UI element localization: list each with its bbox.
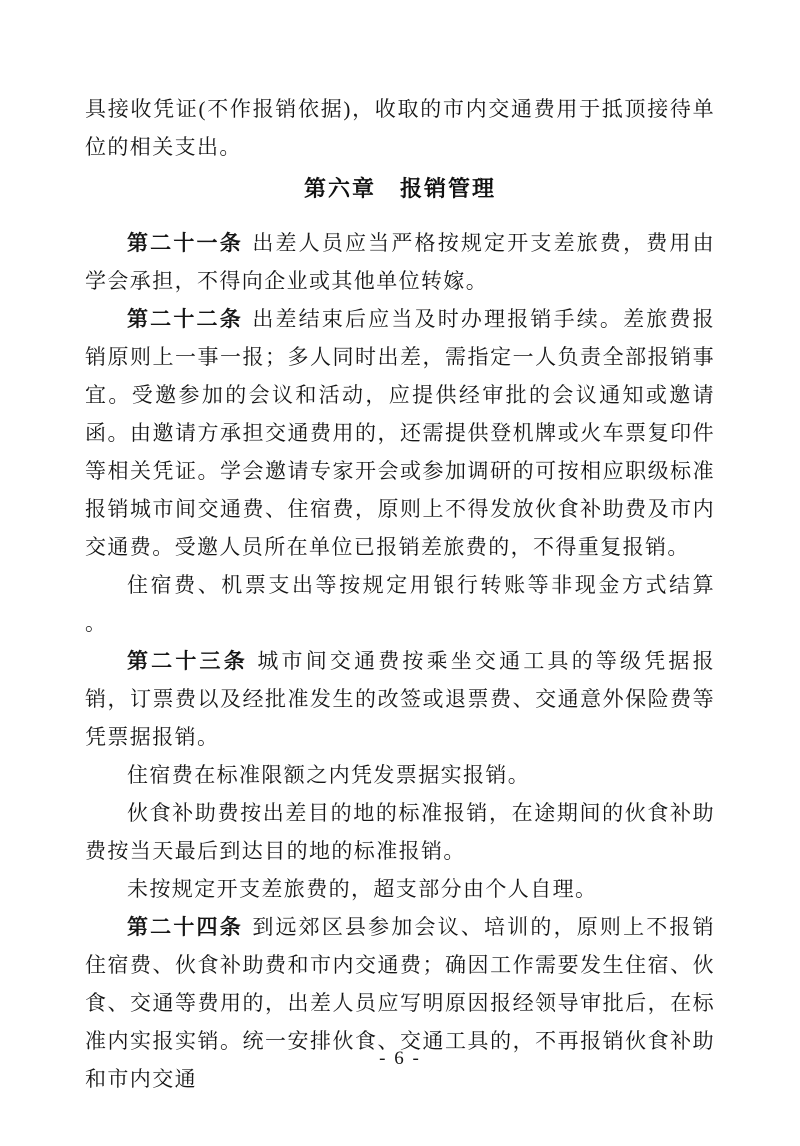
paragraph-article-21: 第二十一条出差人员应当严格按规定开支差旅费，费用由学会承担，不得向企业或其他单位… <box>85 224 715 300</box>
paragraph-settlement: 住宿费、机票支出等按规定用银行转账等非现金方式结算 。 <box>85 566 715 642</box>
article-text: 住宿费在标准限额之内凭发票据实报销。 <box>127 763 530 787</box>
document-page: 具接收凭证(不作报销依据)，收取的市内交通费用于抵顶接待单位的相关支出。 第六章… <box>0 0 800 1146</box>
paragraph-article-23: 第二十三条城市间交通费按乘坐交通工具的等级凭据报销，订票费以及经批准发生的改签或… <box>85 642 715 756</box>
paragraph-lodging: 住宿费在标准限额之内凭发票据实报销。 <box>85 756 715 794</box>
article-number-21: 第二十一条 <box>127 231 243 255</box>
article-text: 伙食补助费按出差目的地的标准报销，在途期间的伙食补助费按当天最后到达目的地的标准… <box>85 801 715 863</box>
page-number: - 6 - <box>0 1046 800 1072</box>
article-text: 未按规定开支差旅费的，超支部分由个人自理。 <box>127 877 597 901</box>
article-text: 住宿费、机票支出等按规定用银行转账等非现金方式结算 。 <box>85 573 715 635</box>
article-text: 出差结束后应当及时办理报销手续。差旅费报销原则上一事一报；多人同时出差，需指定一… <box>85 307 715 559</box>
article-number-22: 第二十二条 <box>127 307 243 331</box>
paragraph-continuation: 具接收凭证(不作报销依据)，收取的市内交通费用于抵顶接待单位的相关支出。 <box>85 90 715 166</box>
article-number-24: 第二十四条 <box>127 915 243 939</box>
chapter-heading: 第六章 报销管理 <box>85 170 715 208</box>
paragraph-article-22: 第二十二条出差结束后应当及时办理报销手续。差旅费报销原则上一事一报；多人同时出差… <box>85 300 715 566</box>
paragraph-over-budget: 未按规定开支差旅费的，超支部分由个人自理。 <box>85 870 715 908</box>
paragraph-meal-allowance: 伙食补助费按出差目的地的标准报销，在途期间的伙食补助费按当天最后到达目的地的标准… <box>85 794 715 870</box>
article-number-23: 第二十三条 <box>127 649 248 673</box>
